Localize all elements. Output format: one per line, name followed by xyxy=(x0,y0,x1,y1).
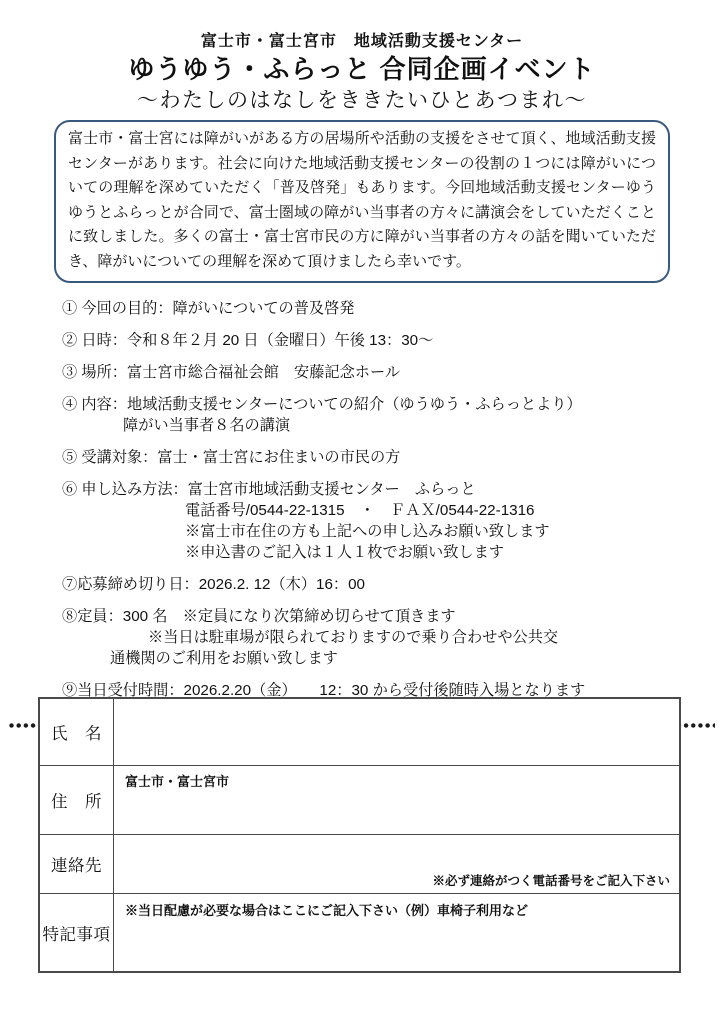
detail-datetime: ② 日時：令和８年２月 20 日（金曜日）午後 13：30～ xyxy=(62,330,674,351)
event-header: 富士市・富士宮市 地域活動支援センター ゆうゆう・ふらっと 合同企画イベント ～… xyxy=(0,0,724,113)
form-row-special-notes: 特記事項 ※当日配慮が必要な場合はここにご記入下さい（例）車椅子利用など xyxy=(40,894,679,971)
form-row-name: 氏 名 xyxy=(40,699,679,766)
event-details-list: ① 今回の目的：障がいについての普及啓発 ② 日時：令和８年２月 20 日（金曜… xyxy=(62,298,674,701)
name-field-cell xyxy=(114,699,679,765)
event-subtitle: ～わたしのはなしをききたいひとあつまれ～ xyxy=(0,87,724,113)
name-label: 氏 名 xyxy=(40,699,114,765)
intro-box: 富士市・富士宮には障がいがある方の居場所や活動の支援をさせて頂く、地域活動支援セ… xyxy=(54,120,670,283)
application-form-table: 氏 名 住 所 富士市・富士宮市 連絡先 ※必ず連絡がつく電話番号をご記入下さい… xyxy=(38,697,681,973)
detail-parking-note: ※当日は駐車場が限られておりますので乗り合わせや公共交 xyxy=(148,627,674,648)
intro-text: 富士市・富士宮には障がいがある方の居場所や活動の支援をさせて頂く、地域活動支援セ… xyxy=(68,131,656,270)
contact-note: ※必ず連絡がつく電話番号をご記入下さい xyxy=(432,871,670,889)
form-row-contact: 連絡先 ※必ず連絡がつく電話番号をご記入下さい xyxy=(40,835,679,894)
flyer-page: 富士市・富士宮市 地域活動支援センター ゆうゆう・ふらっと 合同企画イベント ～… xyxy=(0,0,724,1024)
detail-contents-cont: 障がい当事者８名の講演 xyxy=(123,415,674,436)
event-title: ゆうゆう・ふらっと 合同企画イベント xyxy=(0,54,724,84)
detail-parking-note-cont: 通機関のご利用をお願い致します xyxy=(110,648,674,669)
detail-purpose: ① 今回の目的：障がいについての普及啓発 xyxy=(62,298,674,319)
contact-label: 連絡先 xyxy=(40,835,114,893)
special-notes-label: 特記事項 xyxy=(40,894,114,971)
address-prefill: 富士市・富士宮市 xyxy=(125,771,229,790)
address-field-cell: 富士市・富士宮市 xyxy=(114,766,679,834)
organization-line: 富士市・富士宮市 地域活動支援センター xyxy=(0,32,724,52)
address-label: 住 所 xyxy=(40,766,114,834)
contact-field-cell: ※必ず連絡がつく電話番号をご記入下さい xyxy=(114,835,679,893)
detail-deadline: ⑦応募締め切り日：2026.2. 12（木）16：00 xyxy=(62,574,674,595)
detail-contents: ④ 内容：地域活動支援センターについての紹介（ゆうゆう・ふらっとより） xyxy=(62,394,674,415)
detail-apply-note1: ※富士市在住の方も上記への申し込みお願い致します xyxy=(185,521,674,542)
detail-apply-note2: ※申込書のご記入は１人１枚でお願い致します xyxy=(185,542,674,563)
detail-audience: ⑤ 受講対象：富士・富士宮にお住まいの市民の方 xyxy=(62,447,674,468)
detail-apply-phone-fax: 電話番号/0544-22-1315 ・ ＦＡＸ/0544-22-1316 xyxy=(185,500,674,521)
form-row-address: 住 所 富士市・富士宮市 xyxy=(40,766,679,835)
detail-venue: ③ 場所：富士宮市総合福祉会館 安藤記念ホール xyxy=(62,362,674,383)
detail-apply-method: ⑥ 申し込み方法：富士宮市地域活動支援センター ふらっと xyxy=(62,479,674,500)
special-notes-hint: ※当日配慮が必要な場合はここにご記入下さい（例）車椅子利用など xyxy=(125,900,528,919)
detail-capacity: ⑧定員：300 名 ※定員になり次第締め切らせて頂きます xyxy=(62,606,674,627)
special-notes-field-cell: ※当日配慮が必要な場合はここにご記入下さい（例）車椅子利用など xyxy=(114,894,679,971)
